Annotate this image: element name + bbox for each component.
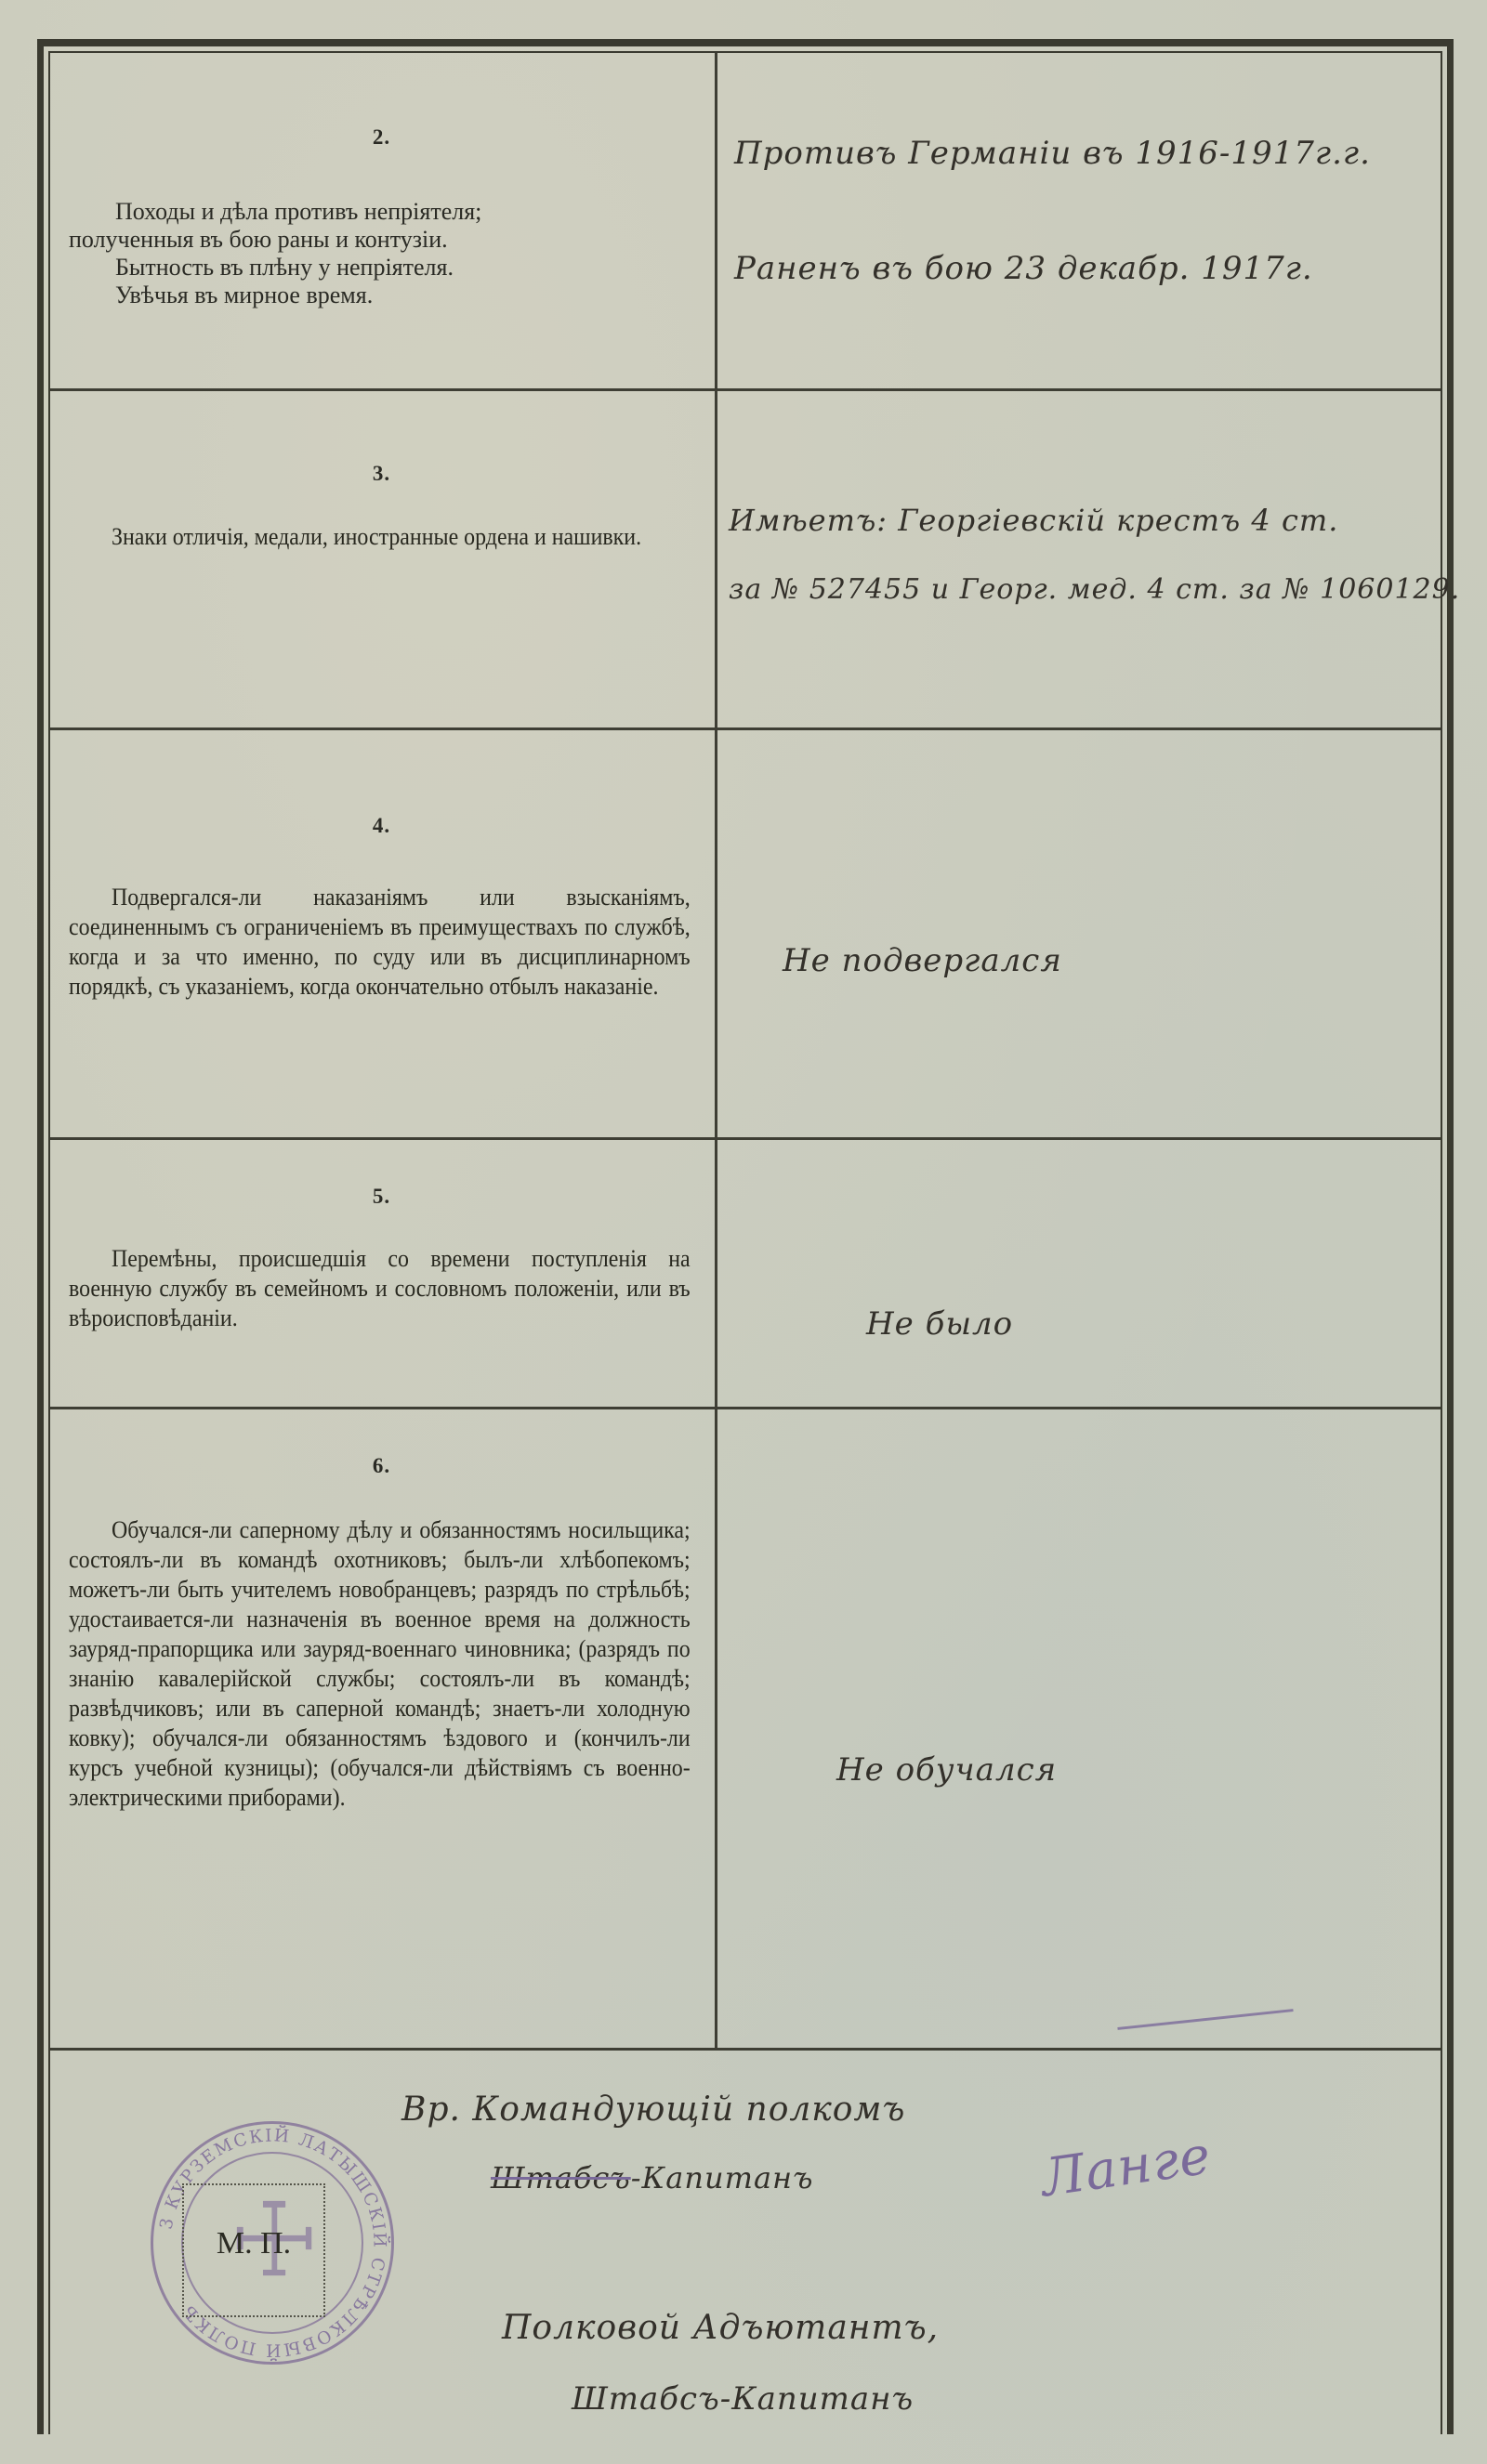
form-row-5: 5. Перемѣны, происшедшія со времени пост… bbox=[50, 1140, 1441, 1409]
question-cell-4: 4. Подвергался-ли наказаніямъ или взыска… bbox=[50, 730, 717, 1137]
seal-placeholder-box: М. П. bbox=[182, 2183, 325, 2317]
commander-rank: Штабсъ-Капитанъ bbox=[491, 2160, 813, 2195]
question-text: Перемѣны, происшедшія со времени поступл… bbox=[69, 1244, 691, 1333]
form-row-6: 6. Обучался-ли саперному дѣлу и обязанно… bbox=[50, 1409, 1441, 2051]
violet-pen-stroke bbox=[1117, 2009, 1293, 2030]
handwritten-answer: за № 527455 и Георг. мед. 4 ст. за № 106… bbox=[729, 573, 1460, 606]
commander-rank-rest: -Капитанъ bbox=[631, 2160, 814, 2195]
row-number: 6. bbox=[69, 1454, 694, 1478]
form-row-2: 2. Походы и дѣла противъ непріятеля; пол… bbox=[50, 53, 1441, 391]
answer-cell-3: Имѣетъ: Георгіевскій крестъ 4 ст. за № 5… bbox=[717, 391, 1441, 727]
form-inner-border: 2. Походы и дѣла противъ непріятеля; пол… bbox=[48, 51, 1442, 2434]
row-number: 2. bbox=[69, 125, 694, 150]
question-cell-6: 6. Обучался-ли саперному дѣлу и обязанно… bbox=[50, 1409, 717, 2048]
handwritten-answer: Раненъ въ бою 23 декабр. 1917г. bbox=[734, 250, 1313, 287]
adjutant-rank: Штабсъ-Капитанъ bbox=[572, 2380, 914, 2418]
handwritten-answer: Не подвергался bbox=[783, 942, 1062, 979]
question-text: Подвергался-ли наказаніямъ или взысканія… bbox=[69, 883, 691, 1002]
row-number: 4. bbox=[69, 814, 694, 838]
handwritten-answer: Противъ Германіи въ 1916-1917г.г. bbox=[734, 135, 1371, 172]
answer-cell-5: Не было bbox=[717, 1140, 1441, 1407]
answer-cell-6: Не обучался bbox=[717, 1409, 1441, 2048]
question-text: Походы и дѣла противъ непріятеля; получе… bbox=[69, 198, 694, 309]
answer-cell-4: Не подвергался bbox=[717, 730, 1441, 1137]
question-cell-3: 3. Знаки отличія, медали, иностранные ор… bbox=[50, 391, 717, 727]
handwritten-answer: Не обучался bbox=[836, 1751, 1057, 1789]
handwritten-answer: Имѣетъ: Георгіевскій крестъ 4 ст. bbox=[729, 503, 1338, 538]
row-number: 5. bbox=[69, 1185, 694, 1209]
question-text: Знаки отличія, медали, иностранные орден… bbox=[69, 523, 691, 551]
question-cell-2: 2. Походы и дѣла противъ непріятеля; пол… bbox=[50, 53, 717, 388]
row-number: 3. bbox=[69, 462, 694, 486]
commander-title: Вр. Командующій полкомъ bbox=[401, 2090, 905, 2129]
handwritten-answer: Не было bbox=[866, 1305, 1013, 1343]
answer-cell-2: Противъ Германіи въ 1916-1917г.г. Раненъ… bbox=[717, 53, 1441, 388]
seal-placeholder-label: М. П. bbox=[184, 2226, 323, 2261]
question-cell-5: 5. Перемѣны, происшедшія со времени пост… bbox=[50, 1140, 717, 1407]
question-text: Обучался-ли саперному дѣлу и обязанностя… bbox=[69, 1515, 691, 1813]
form-row-4: 4. Подвергался-ли наказаніямъ или взыска… bbox=[50, 730, 1441, 1140]
adjutant-title: Полковой Адъютантъ, bbox=[502, 2309, 939, 2347]
commander-rank-struck: Штабсъ bbox=[491, 2160, 631, 2195]
form-frame: 2. Походы и дѣла противъ непріятеля; пол… bbox=[37, 39, 1454, 2434]
form-row-3: 3. Знаки отличія, медали, иностранные ор… bbox=[50, 391, 1441, 730]
